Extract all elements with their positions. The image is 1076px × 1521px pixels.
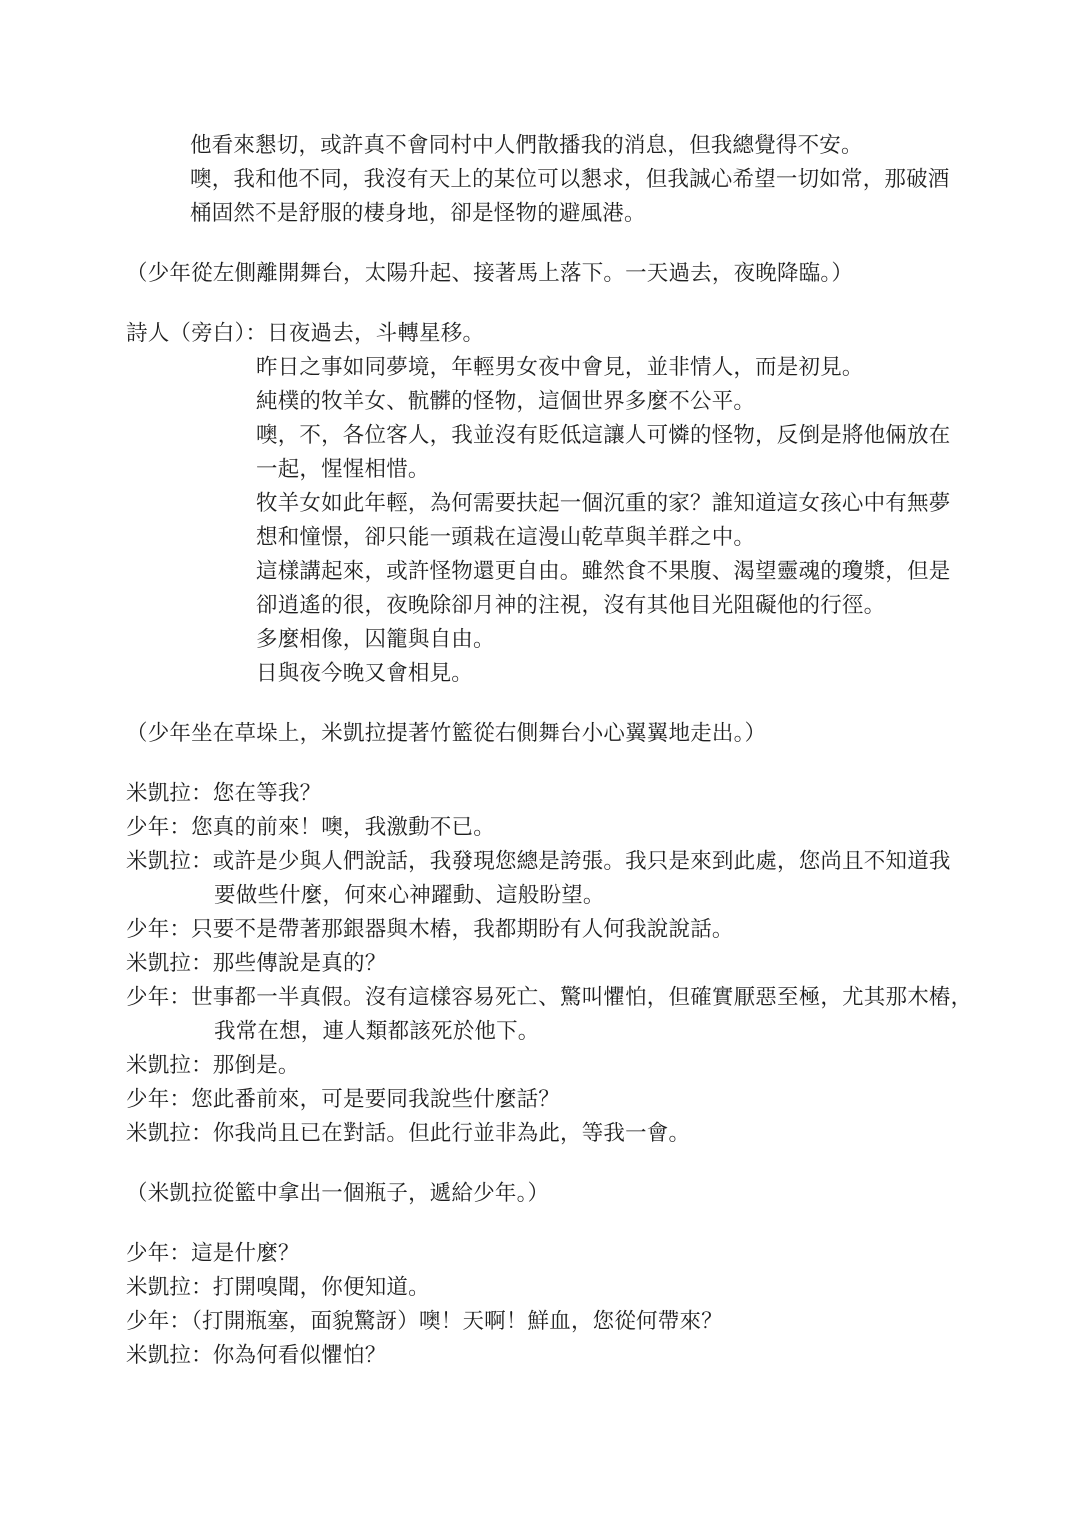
dialogue-line: 少年：您此番前來，可是要同我說些什麼話？	[0, 1082, 1076, 1116]
poet-line: 日與夜今晚又會相見。	[0, 656, 1076, 690]
poet-line: 這樣講起來，或許怪物還更自由。雖然食不果腹、渴望靈魂的瓊漿，但是	[0, 554, 1076, 588]
poet-line: 多麼相像，囚籠與自由。	[0, 622, 1076, 656]
stage-direction: （米凱拉從籃中拿出一個瓶子，遞給少年。）	[0, 1176, 1076, 1210]
poet-line: 卻逍遙的很，夜晚除卻月神的注視，沒有其他目光阻礙他的行徑。	[0, 588, 1076, 622]
monologue-paragraph: 他看來懇切，或許真不會同村中人們散播我的消息，但我總覺得不安。 噢，我和他不同，…	[0, 128, 1076, 230]
dialogue-line: 米凱拉：或許是少與人們說話，我發現您總是誇張。我只是來到此處，您尚且不知道我	[0, 844, 1076, 878]
stage-direction-line: （米凱拉從籃中拿出一個瓶子，遞給少年。）	[0, 1176, 1076, 1210]
poet-speech: 詩人（旁白）：日夜過去，斗轉星移。 昨日之事如同夢境，年輕男女夜中會見，並非情人…	[0, 316, 1076, 690]
dialogue-continuation-line: 我常在想，連人類都該死於他下。	[0, 1014, 1076, 1048]
dialogue-line: 米凱拉：那些傳說是真的？	[0, 946, 1076, 980]
dialogue-line: 少年：（打開瓶塞，面貌驚訝）噢！天啊！鮮血，您從何帶來？	[0, 1304, 1076, 1338]
dialogue-line: 少年：世事都一半真假。沒有這樣容易死亡、驚叫懼怕，但確實厭惡至極，尤其那木樁，	[0, 980, 1076, 1014]
dialogue-line: 少年：這是什麼？	[0, 1236, 1076, 1270]
stage-direction: （少年從左側離開舞台，太陽升起、接著馬上落下。一天過去，夜晚降臨。）	[0, 256, 1076, 290]
monologue-line: 他看來懇切，或許真不會同村中人們散播我的消息，但我總覺得不安。	[0, 128, 1076, 162]
dialogue-block: 少年：這是什麼？ 米凱拉：打開嗅聞，你便知道。 少年：（打開瓶塞，面貌驚訝）噢！…	[0, 1236, 1076, 1372]
poet-line: 噢，不，各位客人，我並沒有貶低這讓人可憐的怪物，反倒是將他倆放在	[0, 418, 1076, 452]
dialogue-line: 米凱拉：你我尚且已在對話。但此行並非為此，等我一會。	[0, 1116, 1076, 1150]
dialogue-line: 少年：您真的前來！噢，我激動不已。	[0, 810, 1076, 844]
poet-line: 想和憧憬，卻只能一頭栽在這漫山乾草與羊群之中。	[0, 520, 1076, 554]
dialogue-line: 米凱拉：那倒是。	[0, 1048, 1076, 1082]
dialogue-line: 米凱拉：你為何看似懼怕？	[0, 1338, 1076, 1372]
stage-direction-line: （少年坐在草垛上，米凱拉提著竹籃從右側舞台小心翼翼地走出。）	[0, 716, 1076, 750]
stage-direction-line: （少年從左側離開舞台，太陽升起、接著馬上落下。一天過去，夜晚降臨。）	[0, 256, 1076, 290]
monologue-line: 噢，我和他不同，我沒有天上的某位可以懇求，但我誠心希望一切如常，那破酒	[0, 162, 1076, 196]
dialogue-line: 米凱拉：您在等我？	[0, 776, 1076, 810]
poet-line: 昨日之事如同夢境，年輕男女夜中會見，並非情人，而是初見。	[0, 350, 1076, 384]
script-document-page: 他看來懇切，或許真不會同村中人們散播我的消息，但我總覺得不安。 噢，我和他不同，…	[0, 0, 1076, 1521]
dialogue-line: 米凱拉：打開嗅聞，你便知道。	[0, 1270, 1076, 1304]
poet-line: 純樸的牧羊女、骯髒的怪物，這個世界多麼不公平。	[0, 384, 1076, 418]
poet-line: 牧羊女如此年輕，為何需要扶起一個沉重的家？誰知道這女孩心中有無夢	[0, 486, 1076, 520]
stage-direction: （少年坐在草垛上，米凱拉提著竹籃從右側舞台小心翼翼地走出。）	[0, 716, 1076, 750]
monologue-line: 桶固然不是舒服的棲身地，卻是怪物的避風港。	[0, 196, 1076, 230]
dialogue-line: 少年：只要不是帶著那銀器與木樁，我都期盼有人何我說說話。	[0, 912, 1076, 946]
poet-speaker-line: 詩人（旁白）：日夜過去，斗轉星移。	[0, 316, 1076, 350]
dialogue-continuation-line: 要做些什麼，何來心神躍動、這般盼望。	[0, 878, 1076, 912]
poet-line: 一起，惺惺相惜。	[0, 452, 1076, 486]
dialogue-block: 米凱拉：您在等我？ 少年：您真的前來！噢，我激動不已。 米凱拉：或許是少與人們說…	[0, 776, 1076, 1150]
